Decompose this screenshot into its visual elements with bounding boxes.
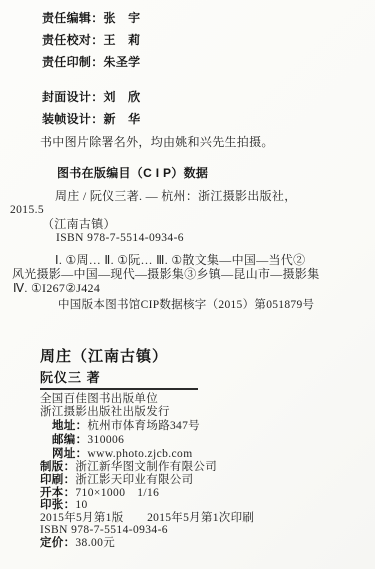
credit-print-supervisor: 责任印制：朱圣学: [42, 56, 140, 70]
imprint-printing-value: 浙江影天印业有限公司: [75, 474, 193, 486]
cip-isbn: ISBN 978-7-5514-0934-6: [56, 232, 184, 245]
credit-cover-design-name: 刘 欣: [104, 90, 141, 104]
title-divider-rule: [40, 388, 198, 390]
publisher-name-line: 浙江摄影出版社出版发行: [40, 406, 170, 419]
photo-attribution-note: 书中图片除署名外，均由姚和兴先生拍摄。: [40, 136, 274, 150]
imprint-price-value: 38.00元: [75, 537, 115, 549]
imprint-plate: 制版：浙江新华图文制作有限公司: [40, 461, 217, 474]
cip-heading: 图书在版编目（C I P）数据: [57, 167, 208, 181]
credit-proofreader: 责任校对：王 莉: [42, 34, 140, 48]
publisher-website-value: www.photo.zjcb.com: [87, 448, 192, 460]
credit-editor-name: 张 宇: [104, 11, 141, 25]
imprint-sheets: 印张：10: [40, 499, 88, 512]
cip-class-line2: 风光摄影—中国—现代—摄影集③乡镇—昆山市—摄影集: [12, 268, 320, 282]
imprint-printing: 印刷：浙江影天印业有限公司: [40, 474, 193, 487]
credit-binding-design-label: 装帧设计：: [42, 112, 104, 126]
cip-entry-line2: 2015.5: [10, 204, 44, 217]
publisher-postcode-label: 邮编：: [52, 434, 87, 446]
imprint-format-value: 710×1000 1/16: [75, 487, 159, 499]
credit-binding-design: 装帧设计：新 华: [42, 113, 140, 127]
imprint-plate-label: 制版：: [40, 461, 75, 473]
credit-print-supervisor-label: 责任印制：: [42, 55, 104, 69]
credit-editor: 责任编辑：张 宇: [42, 12, 140, 26]
cip-class-line1: Ⅰ. ①周… Ⅱ. ①阮… Ⅲ. ①散文集—中国—当代②: [55, 254, 305, 268]
cip-entry-line1: 周庄 / 阮仪三著. — 杭州：浙江摄影出版社，: [55, 190, 297, 204]
imprint-price: 定价：38.00元: [40, 537, 115, 550]
publisher-award-line: 全国百佳图书出版单位: [40, 393, 158, 406]
imprint-price-label: 定价：: [40, 537, 75, 549]
publisher-postcode-value: 310006: [87, 434, 124, 446]
imprint-printing-label: 印刷：: [40, 474, 75, 486]
publisher-address: 地址：杭州市体育场路347号: [52, 420, 200, 433]
imprint-sheets-label: 印张：: [40, 499, 75, 511]
credit-cover-design: 封面设计：刘 欣: [42, 91, 140, 105]
credit-proofreader-name: 王 莉: [104, 33, 141, 47]
credit-binding-design-name: 新 华: [104, 112, 141, 126]
book-title: 周庄（江南古镇）: [40, 348, 168, 365]
publisher-address-label: 地址：: [52, 420, 87, 432]
imprint-format-label: 开本：: [40, 487, 75, 499]
imprint-plate-value: 浙江新华图文制作有限公司: [75, 461, 217, 473]
credit-proofreader-label: 责任校对：: [42, 33, 104, 47]
publisher-address-value: 杭州市体育场路347号: [87, 420, 200, 432]
cip-series-note: （江南古镇）: [42, 218, 116, 232]
cip-class-line3: Ⅳ. ①I267②J424: [13, 282, 100, 296]
imprint-isbn: ISBN 978-7-5514-0934-6: [40, 524, 168, 537]
cip-record-number: 中国版本图书馆CIP数据核字（2015）第051879号: [58, 299, 314, 312]
publisher-website-label: 网址：: [52, 448, 87, 460]
publisher-website: 网址：www.photo.zjcb.com: [52, 448, 193, 461]
imprint-sheets-value: 10: [75, 499, 87, 511]
book-author: 阮仪三 著: [40, 371, 101, 386]
credit-cover-design-label: 封面设计：: [42, 90, 104, 104]
copyright-page: 责任编辑：张 宇 责任校对：王 莉 责任印制：朱圣学 封面设计：刘 欣 装帧设计…: [0, 0, 375, 569]
credit-editor-label: 责任编辑：: [42, 11, 104, 25]
publisher-postcode: 邮编：310006: [52, 434, 124, 447]
credit-print-supervisor-name: 朱圣学: [104, 55, 141, 69]
